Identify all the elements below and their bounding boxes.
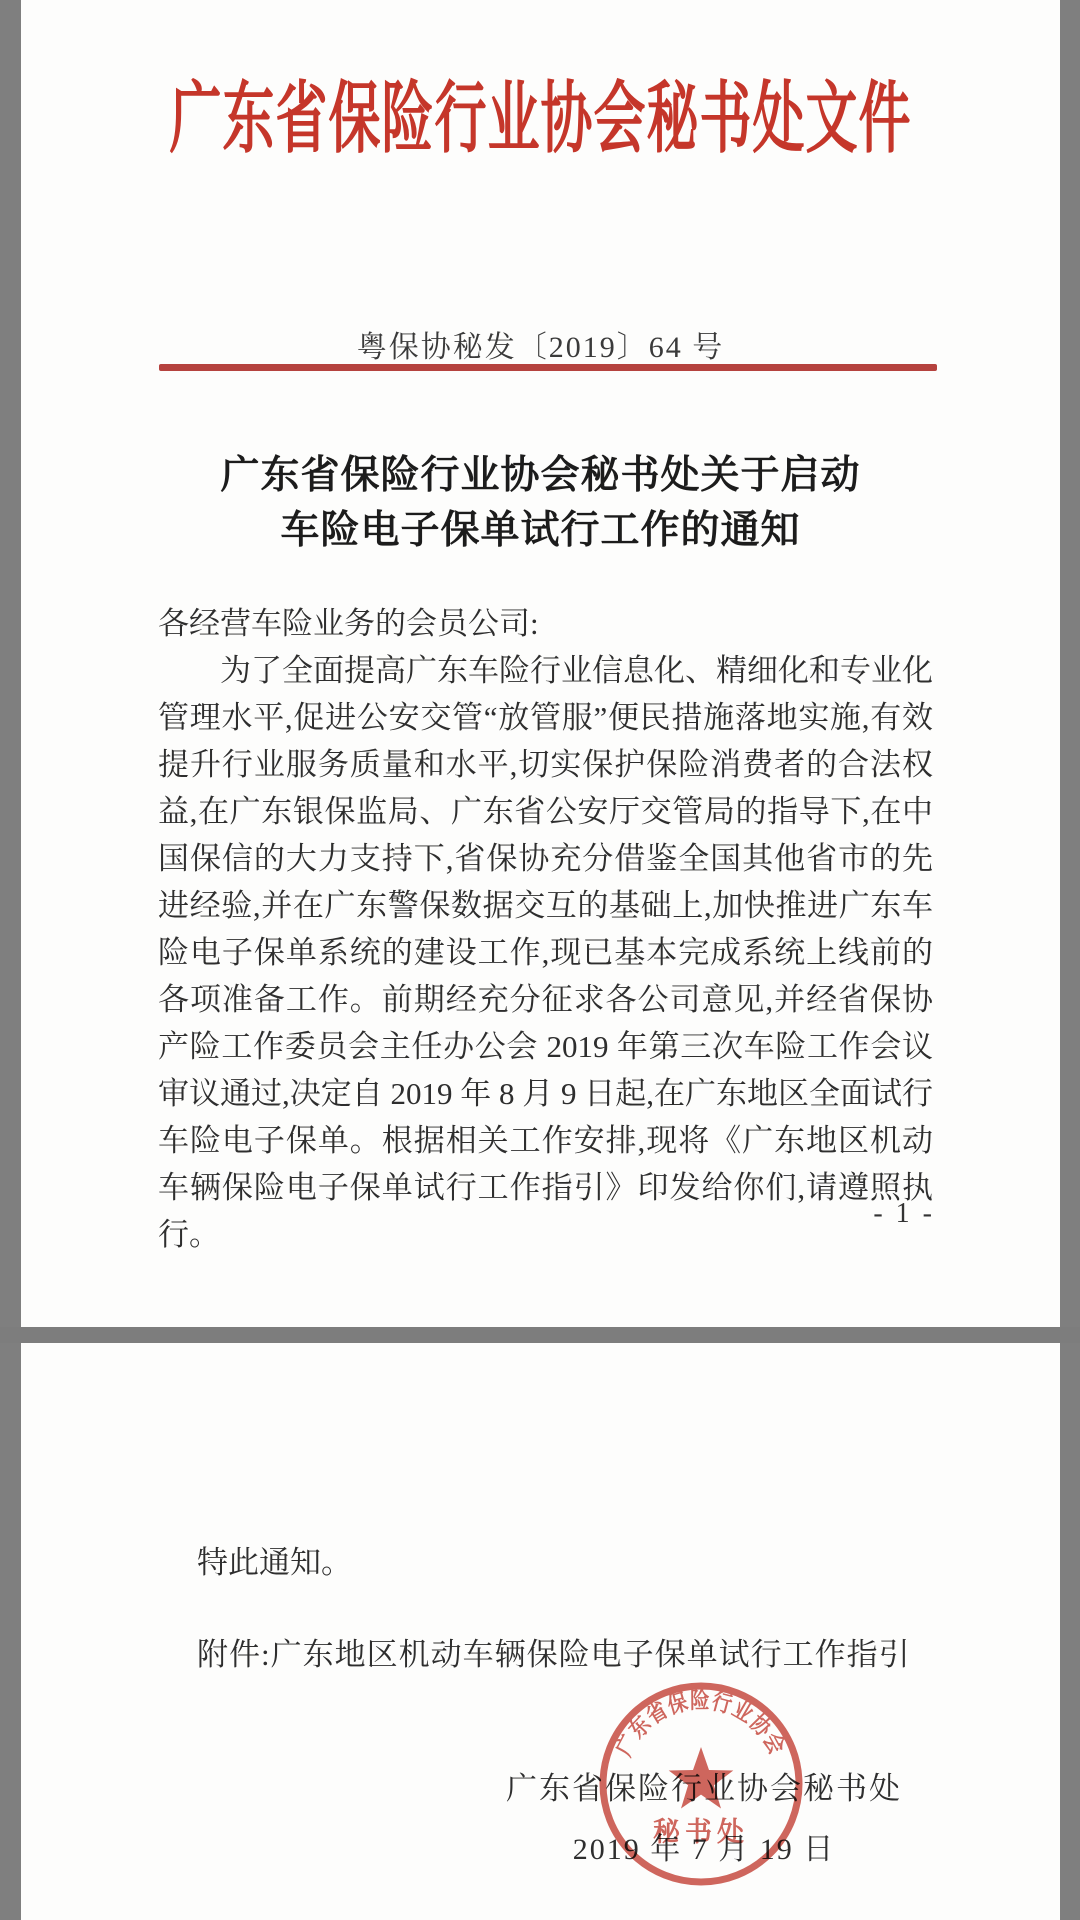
attachment-line: 附件:广东地区机动车辆保险电子保单试行工作指引 — [197, 1629, 911, 1674]
seal-arc-text: 广东省保险行业协会 — [610, 1687, 791, 1760]
document-title-line-2: 车险电子保单试行工作的通知 — [21, 503, 1060, 558]
document-page-2: 特此通知。 附件:广东地区机动车辆保险电子保单试行工作指引 广东省保险行业协会秘… — [21, 1343, 1060, 1920]
scan-background: 广东省保险行业协会秘书处文件 粤保协秘发〔2019〕64 号 广东省保险行业协会… — [0, 0, 1080, 1920]
salutation-line: 各经营车险业务的会员公司: — [158, 600, 933, 647]
document-number: 粤保协秘发〔2019〕64 号 — [21, 322, 1060, 366]
body-paragraph: 为了全面提高广东车险行业信息化、精细化和专业化管理水平,促进公安交管“放管服”便… — [158, 647, 933, 1258]
document-page-1: 广东省保险行业协会秘书处文件 粤保协秘发〔2019〕64 号 广东省保险行业协会… — [21, 0, 1060, 1327]
closing-line: 特此通知。 — [197, 1537, 352, 1582]
signer-name: 广东省保险行业协会秘书处 — [484, 1763, 924, 1808]
page-separator — [0, 1327, 1080, 1343]
signature-block: 广东省保险行业协会秘书处 2019 年 7 月 19 日 — [484, 1763, 924, 1868]
document-body: 各经营车险业务的会员公司: 为了全面提高广东车险行业信息化、精细化和专业化管理水… — [158, 600, 933, 1258]
letterhead-title: 广东省保险行业协会秘书处文件 — [21, 76, 1060, 166]
document-title: 广东省保险行业协会秘书处关于启动 车险电子保单试行工作的通知 — [21, 448, 1060, 558]
page-number: - 1 - — [873, 1198, 935, 1230]
document-title-line-1: 广东省保险行业协会秘书处关于启动 — [21, 448, 1060, 503]
red-divider-line — [159, 364, 937, 371]
seal-arc-text-holder: 广东省保险行业协会 — [610, 1687, 791, 1760]
signature-date: 2019 年 7 月 19 日 — [484, 1824, 924, 1868]
